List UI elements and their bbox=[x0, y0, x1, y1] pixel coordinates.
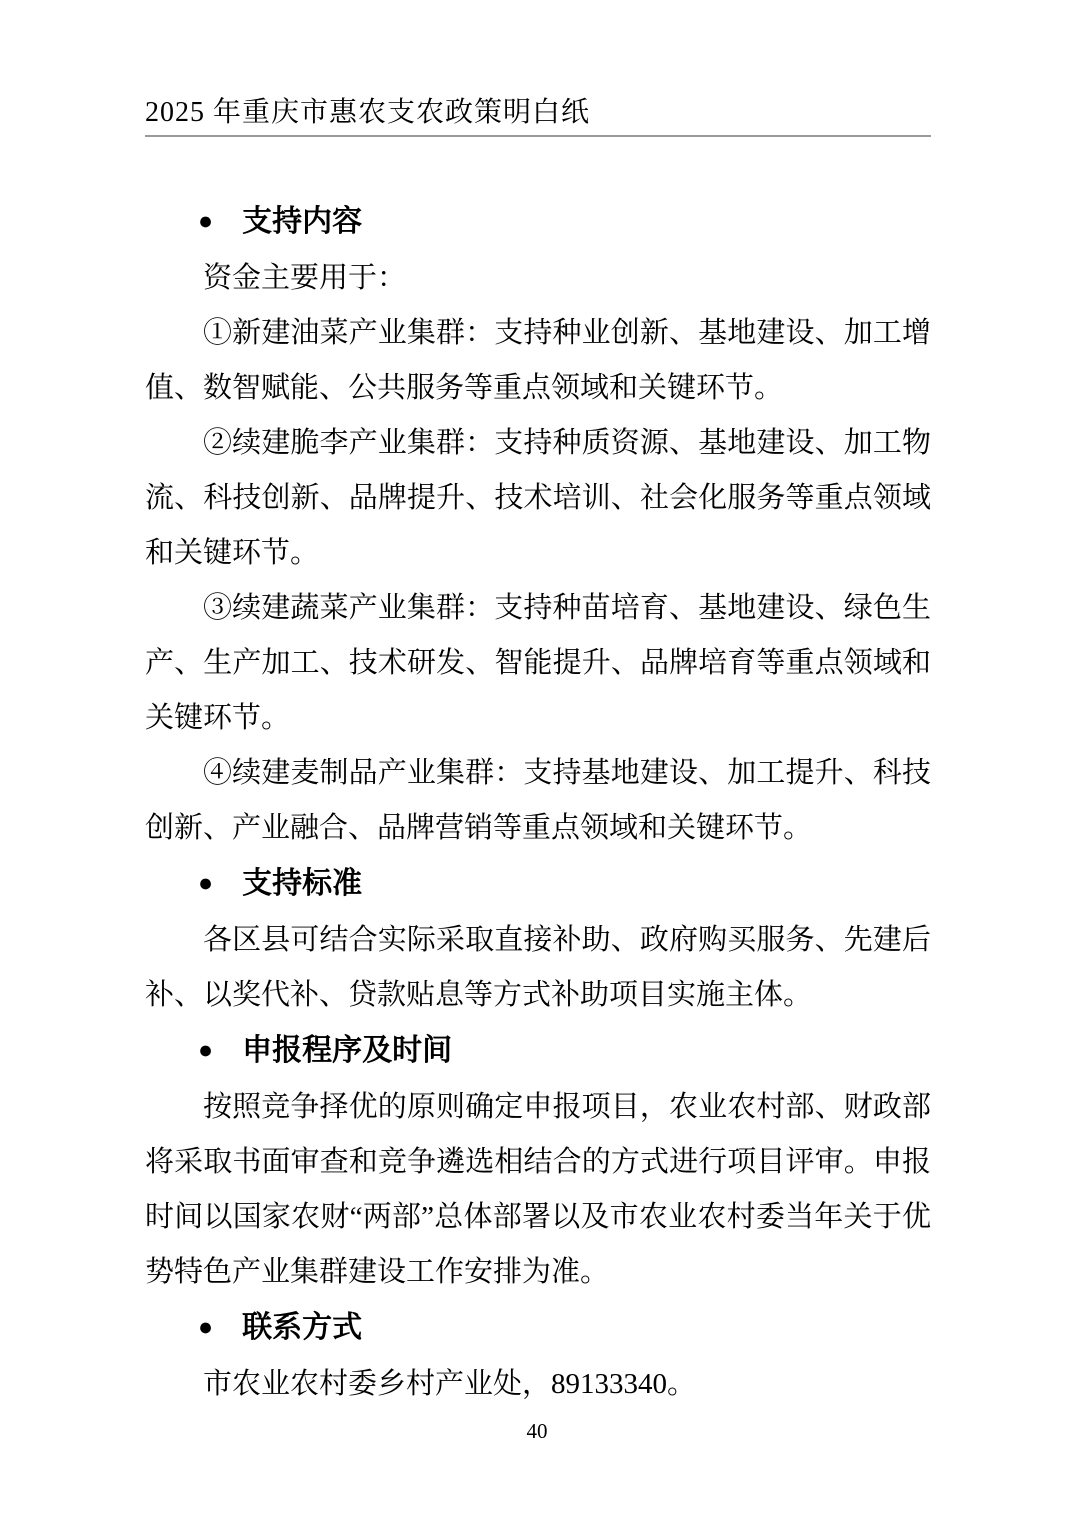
bullet-icon: ● bbox=[198, 1023, 213, 1078]
section-heading-contact-info: ●联系方式 bbox=[145, 1300, 931, 1357]
paragraph-cluster-wheat-products: ④续建麦制品产业集群：支持基地建设、加工提升、科技创新、产业融合、品牌营销等重点… bbox=[145, 746, 931, 856]
section-heading-support-content: ●支持内容 bbox=[145, 194, 931, 251]
bullet-icon: ● bbox=[198, 1300, 213, 1355]
document-body: ●支持内容 资金主要用于： ①新建油菜产业集群：支持种业创新、基地建设、加工增值… bbox=[145, 194, 931, 1412]
section-heading-application-procedure: ●申报程序及时间 bbox=[145, 1023, 931, 1080]
paragraph-cluster-vegetable: ③续建蔬菜产业集群：支持种苗培育、基地建设、绿色生产、生产加工、技术研发、智能提… bbox=[145, 581, 931, 746]
section-heading-text: 支持内容 bbox=[242, 205, 362, 238]
section-heading-support-standard: ●支持标准 bbox=[145, 856, 931, 913]
paragraph-cluster-rapeseed: ①新建油菜产业集群：支持种业创新、基地建设、加工增值、数智赋能、公共服务等重点领… bbox=[145, 306, 931, 416]
paragraph-contact-phone: 市农业农村委乡村产业处，89133340。 bbox=[145, 1357, 931, 1412]
paragraph-subsidy-methods: 各区县可结合实际采取直接补助、政府购买服务、先建后补、以奖代补、贷款贴息等方式补… bbox=[145, 913, 931, 1023]
paragraph-funds-intro: 资金主要用于： bbox=[145, 251, 931, 306]
paragraph-application-details: 按照竞争择优的原则确定申报项目，农业农村部、财政部将采取书面审查和竞争遴选相结合… bbox=[145, 1080, 931, 1300]
page-number: 40 bbox=[527, 1419, 548, 1443]
paragraph-cluster-crisp-plum: ②续建脆李产业集群：支持种质资源、基地建设、加工物流、科技创新、品牌提升、技术培… bbox=[145, 416, 931, 581]
document-title: 2025 年重庆市惠农支农政策明白纸 bbox=[145, 97, 590, 128]
page-header: 2025 年重庆市惠农支农政策明白纸 bbox=[145, 97, 931, 137]
section-heading-text: 支持标准 bbox=[242, 867, 362, 900]
section-heading-text: 申报程序及时间 bbox=[242, 1034, 452, 1067]
bullet-icon: ● bbox=[198, 856, 213, 911]
section-heading-text: 联系方式 bbox=[242, 1311, 362, 1344]
bullet-icon: ● bbox=[198, 194, 213, 249]
document-page: 2025 年重庆市惠农支农政策明白纸 ●支持内容 资金主要用于： ①新建油菜产业… bbox=[0, 0, 1074, 1520]
page-footer: 40 bbox=[0, 1417, 1074, 1445]
